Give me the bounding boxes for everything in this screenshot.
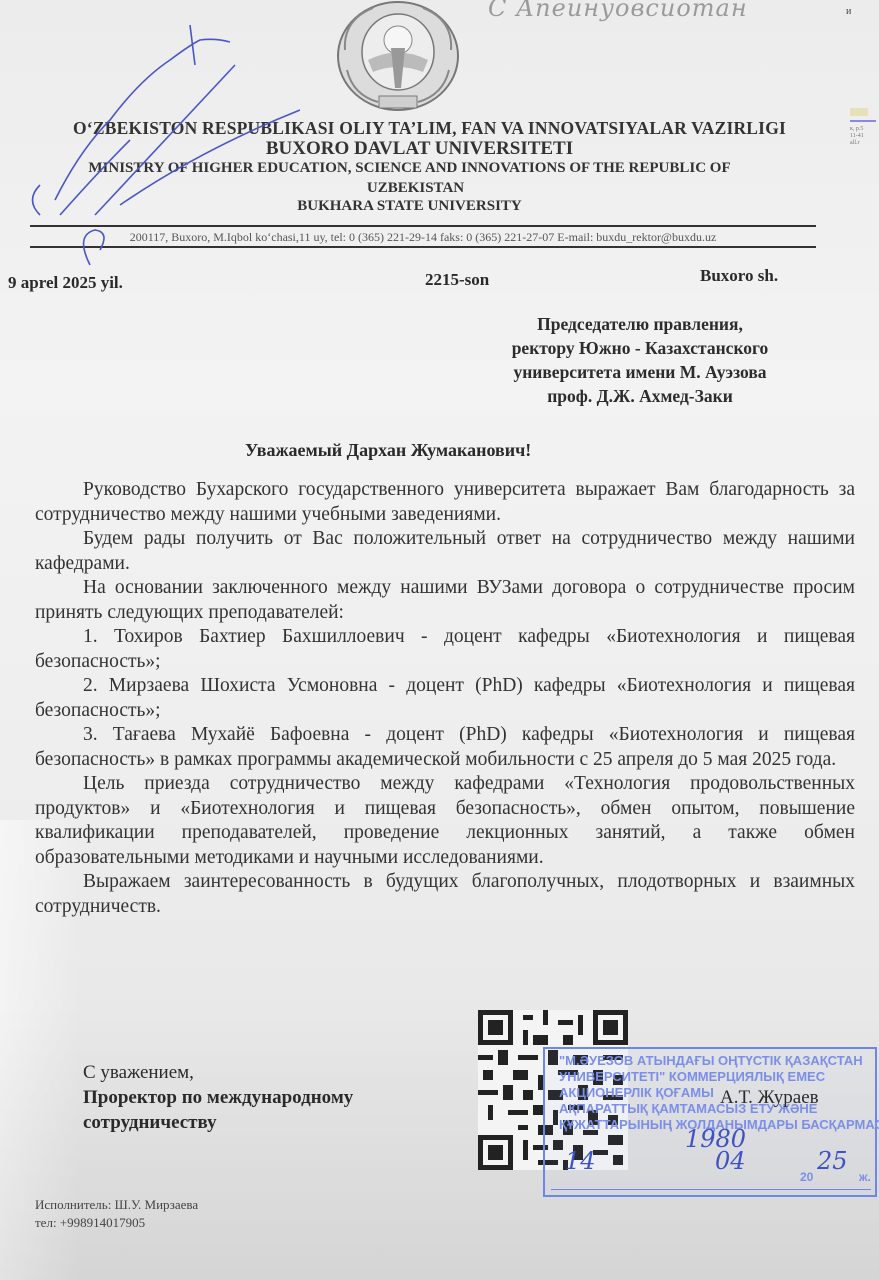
addressee-line: ректору Южно - Казахстанского: [470, 336, 810, 360]
list-item: 3. Тағаева Мухайё Бафоевна - доцент (PhD…: [35, 723, 855, 772]
registration-stamp: "М.ӘУЕЗОВ АТЫНДАҒЫ ОҢТҮСТІК ҚАЗАҚСТАН УН…: [543, 1047, 877, 1197]
letter-page: С Апеинуовсиотан и к, р.5 11-41 all.r O‘…: [0, 0, 879, 1280]
signer-name: А.Т. Жураев: [720, 1087, 819, 1109]
executor-name: Исполнитель: Ш.У. Мирзаева: [35, 1196, 198, 1214]
addressee-line: Председателю правления,: [470, 312, 810, 336]
handwritten-resolution-icon: [0, 0, 300, 270]
executor-phone: тел: +998914017905: [35, 1214, 198, 1232]
executor-block: Исполнитель: Ш.У. Мирзаева тел: +9989140…: [35, 1196, 198, 1232]
salutation: Уважаемый Дархан Жумаканович!: [245, 440, 531, 461]
stamp-line: АКЦИОНЕРЛІК ҚОҒАМЫ: [559, 1085, 871, 1101]
letter-date: 9 aprel 2025 yil.: [8, 273, 123, 293]
signer-position: сотрудничеству: [83, 1110, 353, 1135]
signer-position: Проректор по международному: [83, 1085, 353, 1110]
letter-number: 2215-son: [425, 270, 489, 290]
chip: [850, 108, 868, 116]
closing-block: С уважением, Проректор по международному…: [83, 1060, 353, 1135]
letter-body: Руководство Бухарского государственного …: [35, 478, 855, 919]
stamp-line: УНИВЕРСИТЕТІ" КОММЕРЦИЯЛЫҚ ЕМЕС: [559, 1069, 871, 1085]
stamp-year-mark: ж.: [859, 1169, 871, 1185]
addressee-block: Председателю правления, ректору Южно - К…: [470, 312, 810, 408]
paragraph: Цель приезда сотрудничество между кафедр…: [35, 772, 855, 870]
paragraph: Руководство Бухарского государственного …: [35, 478, 855, 527]
addressee-line: проф. Д.Ж. Ахмед-Заки: [470, 384, 810, 408]
pencil-annotation: С Апеинуовсиотан: [488, 0, 748, 22]
list-item: 1. Тохиров Бахтиер Бахшиллоевич - доцент…: [35, 625, 855, 674]
stamp-year: 25: [817, 1153, 848, 1169]
paragraph: На основании заключенного между нашими В…: [35, 576, 855, 625]
paragraph: Будем рады получить от Вас положительный…: [35, 527, 855, 576]
addressee-line: университета имени М. Ауэзова: [470, 360, 810, 384]
stamp-line: АҚПАРАТТЫҚ ҚАМТАМАСЫЗ ЕТУ ЖӘНЕ: [559, 1101, 871, 1117]
letter-city: Buxoro sh.: [700, 266, 778, 286]
stamp-day: 14: [565, 1153, 596, 1169]
paragraph: Выражаем заинтересованность в будущих бл…: [35, 870, 855, 919]
stamp-month: 04: [715, 1153, 746, 1169]
list-item: 2. Мирзаева Шохиста Усмоновна - доцент (…: [35, 674, 855, 723]
uzbekistan-emblem-icon: [333, 0, 463, 112]
stamp-reg-number: 1980: [685, 1131, 746, 1147]
corner-mark: и: [846, 6, 851, 17]
stamp-year-prefix: 20: [800, 1169, 813, 1185]
regards: С уважением,: [83, 1060, 353, 1085]
stamp-line: "М.ӘУЕЗОВ АТЫНДАҒЫ ОҢТҮСТІК ҚАЗАҚСТАН: [559, 1053, 871, 1069]
